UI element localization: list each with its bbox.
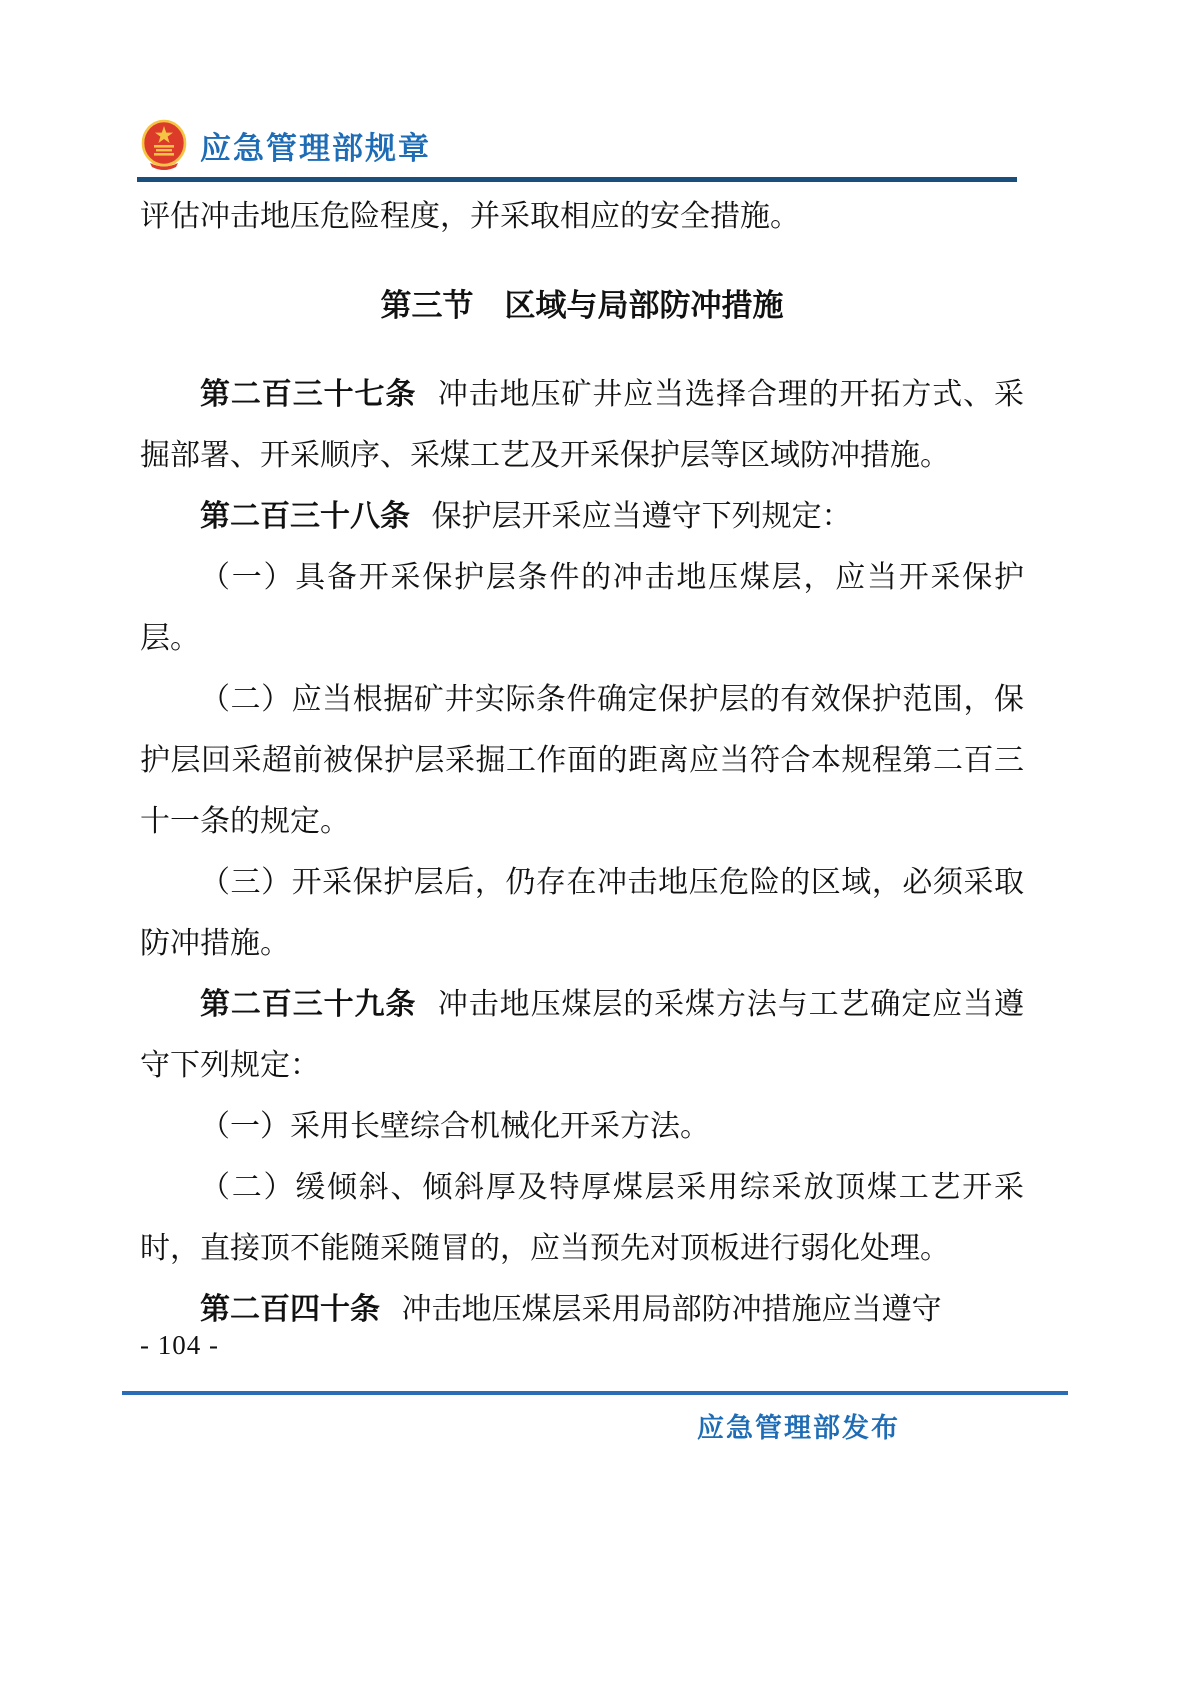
document-page: 应急管理部规章 评估冲击地压危险程度，并采取相应的安全措施。 第三节 区域与局部… bbox=[0, 0, 1190, 1683]
article-text: 冲击地压煤层采用局部防冲措施应当遵守 bbox=[402, 1293, 942, 1326]
page-header: 应急管理部规章 bbox=[140, 118, 431, 172]
article-paragraph: 第二百三十九条冲击地压煤层的采煤方法与工艺确定应当遵守下列规定： bbox=[140, 974, 1024, 1096]
page-number: - 104 - bbox=[140, 1330, 219, 1361]
article-text: （三）开采保护层后，仍存在冲击地压危险的区域，必须采取防冲措施。 bbox=[140, 866, 1024, 960]
article-paragraph: 第二百四十条冲击地压煤层采用局部防冲措施应当遵守 bbox=[140, 1279, 1024, 1340]
section-heading: 第三节 区域与局部防冲措施 bbox=[140, 275, 1024, 336]
list-item-paragraph: （二）缓倾斜、倾斜厚及特厚煤层采用综采放顶煤工艺开采时，直接顶不能随采随冒的，应… bbox=[140, 1157, 1024, 1279]
header-rule bbox=[137, 177, 1017, 182]
article-text: （二）缓倾斜、倾斜厚及特厚煤层采用综采放顶煤工艺开采时，直接顶不能随采随冒的，应… bbox=[140, 1171, 1024, 1265]
article-text: （一）具备开采保护层条件的冲击地压煤层，应当开采保护层。 bbox=[140, 561, 1024, 655]
article-number: 第二百三十八条 bbox=[200, 500, 410, 533]
article-paragraph: 第二百三十八条保护层开采应当遵守下列规定： bbox=[140, 486, 1024, 547]
paragraph-continuation: 评估冲击地压危险程度，并采取相应的安全措施。 bbox=[140, 186, 1024, 247]
article-number: 第二百三十九条 bbox=[200, 988, 416, 1021]
article-text: 保护层开采应当遵守下列规定： bbox=[432, 500, 852, 533]
article-paragraph: 第二百三十七条冲击地压矿井应当选择合理的开拓方式、采掘部署、开采顺序、采煤工艺及… bbox=[140, 364, 1024, 486]
article-text: （二）应当根据矿井实际条件确定保护层的有效保护范围，保护层回采超前被保护层采掘工… bbox=[140, 683, 1024, 838]
list-item-paragraph: （三）开采保护层后，仍存在冲击地压危险的区域，必须采取防冲措施。 bbox=[140, 852, 1024, 974]
publisher-label: 应急管理部发布 bbox=[697, 1406, 900, 1445]
article-text: （一）采用长壁综合机械化开采方法。 bbox=[200, 1110, 710, 1143]
footer-rule bbox=[122, 1391, 1068, 1395]
header-title: 应急管理部规章 bbox=[200, 123, 431, 168]
document-body: 评估冲击地压危险程度，并采取相应的安全措施。 第三节 区域与局部防冲措施 第二百… bbox=[140, 186, 1024, 1340]
article-number: 第二百四十条 bbox=[200, 1293, 380, 1326]
article-number: 第二百三十七条 bbox=[200, 378, 416, 411]
national-emblem-icon bbox=[140, 118, 188, 172]
list-item-paragraph: （一）采用长壁综合机械化开采方法。 bbox=[140, 1096, 1024, 1157]
list-item-paragraph: （一）具备开采保护层条件的冲击地压煤层，应当开采保护层。 bbox=[140, 547, 1024, 669]
list-item-paragraph: （二）应当根据矿井实际条件确定保护层的有效保护范围，保护层回采超前被保护层采掘工… bbox=[140, 669, 1024, 852]
